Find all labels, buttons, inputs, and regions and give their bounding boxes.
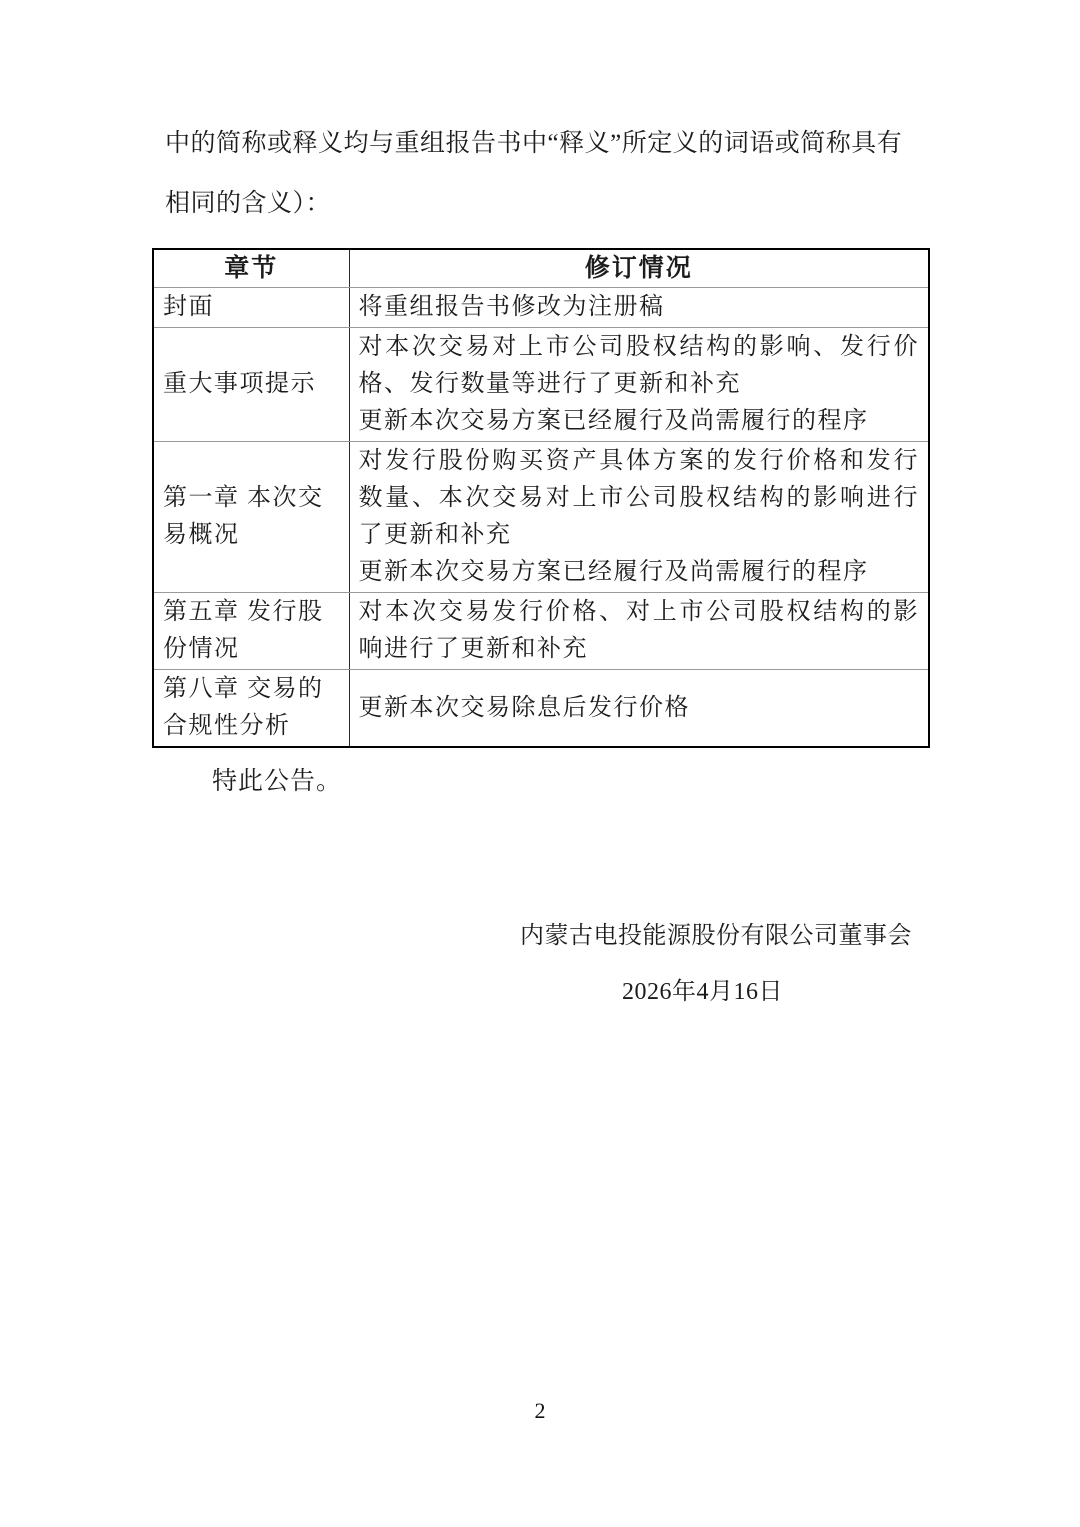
revision-cell: 对发行股份购买资产具体方案的发行价格和发行数量、本次交易对上市公司股权结构的影响…: [349, 442, 929, 593]
table-row: 重大事项提示 对本次交易对上市公司股权结构的影响、发行价格、发行数量等进行了更新…: [153, 328, 929, 442]
section-cell: 第一章 本次交易概况: [153, 442, 349, 593]
section-cell: 第五章 发行股份情况: [153, 593, 349, 670]
table-row: 第五章 发行股份情况 对本次交易发行价格、对上市公司股权结构的影响进行了更新和补…: [153, 593, 929, 670]
section-cell: 第八章 交易的合规性分析: [153, 670, 349, 748]
table-header-row: 章节 修订情况: [153, 249, 929, 288]
revision-line: 更新本次交易除息后发行价格: [359, 690, 920, 727]
revision-line: 对发行股份购买资产具体方案的发行价格和发行数量、本次交易对上市公司股权结构的影响…: [359, 443, 920, 554]
signature-date: 2026年4月16日: [152, 976, 928, 1008]
table-row: 封面 将重组报告书修改为注册稿: [153, 288, 929, 328]
intro-line-1: 中的简称或释义均与重组报告书中“释义”所定义的词语或简称具有: [152, 128, 928, 160]
revision-line: 更新本次交易方案已经履行及尚需履行的程序: [359, 403, 920, 440]
closing-statement: 特此公告。: [152, 765, 928, 798]
revision-table: 章节 修订情况 封面 将重组报告书修改为注册稿 重大事项提示 对本次交易对上市公…: [152, 248, 930, 748]
signature-company: 内蒙古电投能源股份有限公司董事会: [152, 920, 928, 952]
table-row: 第八章 交易的合规性分析 更新本次交易除息后发行价格: [153, 670, 929, 748]
revision-line: 对本次交易发行价格、对上市公司股权结构的影响进行了更新和补充: [359, 594, 920, 668]
table-row: 第一章 本次交易概况 对发行股份购买资产具体方案的发行价格和发行数量、本次交易对…: [153, 442, 929, 593]
page-number: 2: [0, 1398, 1080, 1424]
revision-line: 更新本次交易方案已经履行及尚需履行的程序: [359, 554, 920, 591]
section-cell: 封面: [153, 288, 349, 328]
revision-cell: 对本次交易发行价格、对上市公司股权结构的影响进行了更新和补充: [349, 593, 929, 670]
intro-line-2: 相同的含义）：: [152, 188, 928, 220]
section-cell: 重大事项提示: [153, 328, 349, 442]
page-content: 中的简称或释义均与重组报告书中“释义”所定义的词语或简称具有 相同的含义）： 章…: [152, 128, 928, 1008]
column-header-revision: 修订情况: [349, 249, 929, 288]
revision-cell: 将重组报告书修改为注册稿: [349, 288, 929, 328]
revision-cell: 更新本次交易除息后发行价格: [349, 670, 929, 748]
column-header-section: 章节: [153, 249, 349, 288]
revision-line: 将重组报告书修改为注册稿: [359, 289, 920, 326]
revision-line: 对本次交易对上市公司股权结构的影响、发行价格、发行数量等进行了更新和补充: [359, 329, 920, 403]
revision-cell: 对本次交易对上市公司股权结构的影响、发行价格、发行数量等进行了更新和补充 更新本…: [349, 328, 929, 442]
document-page: 中的简称或释义均与重组报告书中“释义”所定义的词语或简称具有 相同的含义）： 章…: [0, 0, 1080, 1527]
